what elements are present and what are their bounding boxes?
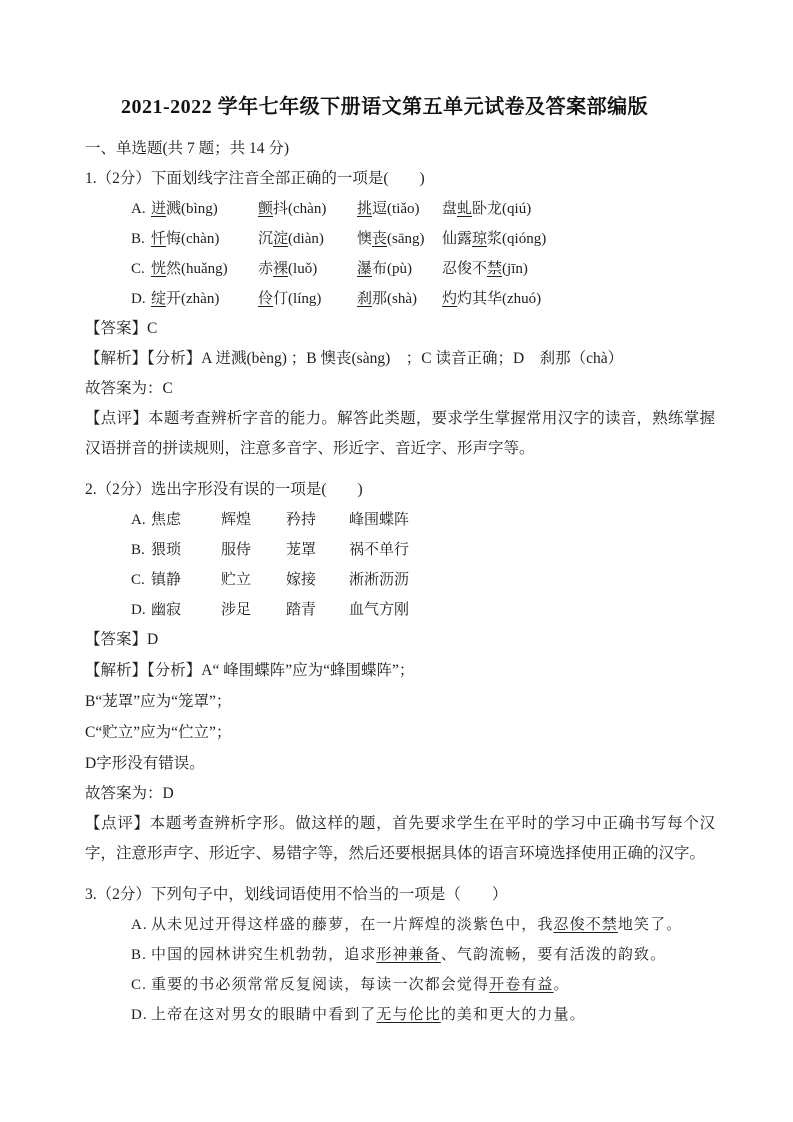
word-part: 抖 [273, 201, 288, 217]
pinyin: (qióng) [502, 231, 546, 247]
sentence-part: 、气韵流畅，要有活泼的韵致。 [441, 947, 666, 963]
sentence-part: 的美和更大的力量。 [441, 1007, 586, 1023]
pinyin: (diàn) [288, 231, 324, 247]
option-item: 淅淅沥沥 [349, 565, 409, 595]
conclusion-line: 故答案为：D [85, 779, 715, 809]
option-row: C.恍然(huǎng)赤裸(luǒ)瀑布(pù)忍俊不禁(jīn) [131, 254, 715, 284]
option-letter: A. [131, 910, 151, 940]
word-part: 逗 [372, 201, 387, 217]
underlined-char: 淀 [273, 231, 288, 247]
option-item: 踏青 [286, 595, 349, 625]
option-row: C.镇静贮立嫁接淅淅沥沥 [131, 565, 715, 595]
underlined-phrase: 形神兼备 [376, 947, 440, 963]
word-part: 然 [166, 261, 181, 277]
option-letter: C. [131, 565, 151, 595]
word-part: 那 [372, 291, 387, 307]
question-stem: 3.（2分）下列句子中，划线词语使用不恰当的一项是（ ） [85, 880, 715, 910]
questions-container: 1.（2分）下面划线字注音全部正确的一项是( )A.迸溅(bìng)颤抖(chà… [85, 164, 715, 1030]
option-letter: B. [131, 940, 151, 970]
word-part: 仙露 [442, 231, 472, 247]
underlined-char: 琼 [472, 231, 487, 247]
page-content: 2021-2022 学年七年级下册语文第五单元试卷及答案部编版 一、单选题(共 … [85, 92, 715, 1030]
option-item: 灼灼其华(zhuó) [442, 284, 541, 314]
question-stem: 1.（2分）下面划线字注音全部正确的一项是( ) [85, 164, 715, 194]
underlined-char: 虬 [457, 201, 472, 217]
option-row: A.迸溅(bìng)颤抖(chàn)挑逗(tiǎo)盘虬卧龙(qiú) [131, 194, 715, 224]
word-part: 悔 [166, 231, 181, 247]
word-part: 沉 [258, 231, 273, 247]
question-block: 3.（2分）下列句子中，划线词语使用不恰当的一项是（ ）A.从未见过开得这样盛的… [85, 880, 715, 1030]
word-part: 布 [372, 261, 387, 277]
question-block: 1.（2分）下面划线字注音全部正确的一项是( )A.迸溅(bìng)颤抖(chà… [85, 164, 715, 464]
underlined-phrase: 忍俊不禁 [554, 917, 618, 933]
option-item: 懊丧(sāng) [357, 224, 442, 254]
underlined-char: 裸 [273, 261, 288, 277]
option-item: 刹那(shà) [357, 284, 442, 314]
word-part: 仃 [273, 291, 288, 307]
word-part: 赤 [258, 261, 273, 277]
pinyin: (líng) [288, 291, 321, 307]
question-block: 2.（2分）选出字形没有误的一项是( )A.焦虑辉煌矜持峰围蝶阵B.猥琐服侍茏罩… [85, 475, 715, 869]
sentence-part: 从未见过开得这样盛的藤萝，在一片辉煌的淡紫色中，我 [151, 917, 554, 933]
word-part: 懊 [357, 231, 372, 247]
underlined-char: 刹 [357, 291, 372, 307]
sentence-part: 中国的园林讲究生机勃勃，追求 [151, 947, 376, 963]
option-row: B.猥琐服侍茏罩祸不单行 [131, 535, 715, 565]
pinyin: (chàn) [288, 201, 326, 217]
word-part: 卧龙 [472, 201, 502, 217]
underlined-char: 灼 [442, 291, 457, 307]
option-letter: D. [131, 595, 151, 625]
option-row: D.绽开(zhàn)伶仃(líng)刹那(shà)灼灼其华(zhuó) [131, 284, 715, 314]
option-item: 颤抖(chàn) [258, 194, 357, 224]
option-letter: D. [131, 284, 151, 314]
option-sentence: 上帝在这对男女的眼睛中看到了无与伦比的美和更大的力量。 [151, 1000, 715, 1030]
option-row: C.重要的书必须常常反复阅读，每读一次都会觉得开卷有益。 [131, 970, 715, 1000]
underlined-char: 瀑 [357, 261, 372, 277]
option-row: A.焦虑辉煌矜持峰围蝶阵 [131, 505, 715, 535]
question-stem: 2.（2分）选出字形没有误的一项是( ) [85, 475, 715, 505]
pinyin: (huǎng) [181, 261, 228, 277]
option-row: B.中国的园林讲究生机勃勃，追求形神兼备、气韵流畅，要有活泼的韵致。 [131, 940, 715, 970]
option-item: 服侍 [221, 535, 286, 565]
option-letter: A. [131, 194, 151, 224]
option-item: 涉足 [221, 595, 286, 625]
option-letter: B. [131, 535, 151, 565]
option-item: 伶仃(líng) [258, 284, 357, 314]
option-sentence: 中国的园林讲究生机勃勃，追求形神兼备、气韵流畅，要有活泼的韵致。 [151, 940, 715, 970]
underlined-char: 恍 [151, 261, 166, 277]
word-part: 盘 [442, 201, 457, 217]
option-item: 贮立 [221, 565, 286, 595]
option-item: 焦虑 [151, 505, 221, 535]
pinyin: (chàn) [181, 231, 219, 247]
option-item: 辉煌 [221, 505, 286, 535]
option-item: 茏罩 [286, 535, 349, 565]
underlined-char: 忏 [151, 231, 166, 247]
option-item: 忏悔(chàn) [151, 224, 258, 254]
pinyin: (shà) [387, 291, 417, 307]
section-heading: 一、单选题(共 7 题；共 14 分) [85, 134, 715, 164]
pinyin: (bìng) [181, 201, 218, 217]
option-item: 沉淀(diàn) [258, 224, 357, 254]
option-sentence: 从未见过开得这样盛的藤萝，在一片辉煌的淡紫色中，我忍俊不禁地笑了。 [151, 910, 715, 940]
option-letter: C. [131, 970, 151, 1000]
option-item: 峰围蝶阵 [349, 505, 409, 535]
word-part: 灼其华 [457, 291, 502, 307]
option-item: 赤裸(luǒ) [258, 254, 357, 284]
option-item: 幽寂 [151, 595, 221, 625]
analysis-line: D字形没有错误。 [85, 748, 715, 779]
underlined-char: 禁 [487, 261, 502, 277]
option-item: 仙露琼浆(qióng) [442, 224, 546, 254]
underlined-char: 伶 [258, 291, 273, 307]
analysis-line: 【解析】【分析】A“ 峰围蝶阵”应为“蜂围蝶阵”； [85, 655, 715, 686]
word-part: 忍俊不 [442, 261, 487, 277]
option-row: D.幽寂涉足踏青血气方刚 [131, 595, 715, 625]
pinyin: (jīn) [502, 261, 528, 277]
pinyin: (tiǎo) [387, 201, 419, 217]
sentence-part: 上帝在这对男女的眼睛中看到了 [151, 1007, 376, 1023]
option-row: A.从未见过开得这样盛的藤萝，在一片辉煌的淡紫色中，我忍俊不禁地笑了。 [131, 910, 715, 940]
option-item: 忍俊不禁(jīn) [442, 254, 528, 284]
underlined-phrase: 开卷有益 [489, 977, 553, 993]
option-item: 镇静 [151, 565, 221, 595]
option-row: B.忏悔(chàn)沉淀(diàn)懊丧(sāng)仙露琼浆(qióng) [131, 224, 715, 254]
analysis-line: B“茏罩”应为“笼罩”； [85, 686, 715, 717]
option-item: 恍然(huǎng) [151, 254, 258, 284]
underlined-char: 绽 [151, 291, 166, 307]
option-item: 绽开(zhàn) [151, 284, 258, 314]
answer-line: 【答案】D [85, 625, 715, 655]
pinyin: (qiú) [502, 201, 531, 217]
word-part: 开 [166, 291, 181, 307]
option-item: 血气方刚 [349, 595, 409, 625]
sentence-part: 地笑了。 [618, 917, 682, 933]
analysis-line: C“贮立”应为“伫立”； [85, 717, 715, 748]
option-sentence: 重要的书必须常常反复阅读，每读一次都会觉得开卷有益。 [151, 970, 715, 1000]
option-item: 瀑布(pù) [357, 254, 442, 284]
option-letter: B. [131, 224, 151, 254]
option-item: 祸不单行 [349, 535, 409, 565]
underlined-char: 挑 [357, 201, 372, 217]
option-item: 迸溅(bìng) [151, 194, 258, 224]
sentence-part: 重要的书必须常常反复阅读，每读一次都会觉得 [151, 977, 489, 993]
option-item: 猥琐 [151, 535, 221, 565]
document-page: 2021-2022 学年七年级下册语文第五单元试卷及答案部编版 一、单选题(共 … [0, 0, 793, 1122]
page-title: 2021-2022 学年七年级下册语文第五单元试卷及答案部编版 [121, 92, 715, 122]
conclusion-line: 故答案为：C [85, 374, 715, 404]
pinyin: (pù) [387, 261, 412, 277]
option-letter: D. [131, 1000, 151, 1030]
comment-paragraph: 【点评】本题考查辨析字形。做这样的题，首先要求学生在平时的学习中正确书写每个汉字… [85, 809, 715, 869]
option-item: 挑逗(tiǎo) [357, 194, 442, 224]
underlined-char: 迸 [151, 201, 166, 217]
option-letter: A. [131, 505, 151, 535]
option-item: 矜持 [286, 505, 349, 535]
pinyin: (zhàn) [181, 291, 219, 307]
answer-line: 【答案】C [85, 314, 715, 344]
pinyin: (sāng) [387, 231, 425, 247]
underlined-char: 颤 [258, 201, 273, 217]
option-item: 嫁接 [286, 565, 349, 595]
pinyin: (luǒ) [288, 261, 317, 277]
option-letter: C. [131, 254, 151, 284]
word-part: 溅 [166, 201, 181, 217]
underlined-char: 丧 [372, 231, 387, 247]
pinyin: (zhuó) [502, 291, 541, 307]
word-part: 浆 [487, 231, 502, 247]
comment-paragraph: 【点评】本题考查辨析字音的能力。解答此类题，要求学生掌握常用汉字的读音，熟练掌握… [85, 404, 715, 464]
analysis-line: 【解析】【分析】A 迸溅(bèng) ；B 懊丧(sàng) ；C 读音正确；D… [85, 344, 715, 374]
option-item: 盘虬卧龙(qiú) [442, 194, 531, 224]
underlined-phrase: 无与伦比 [376, 1007, 440, 1023]
option-row: D.上帝在这对男女的眼睛中看到了无与伦比的美和更大的力量。 [131, 1000, 715, 1030]
sentence-part: 。 [554, 977, 570, 993]
